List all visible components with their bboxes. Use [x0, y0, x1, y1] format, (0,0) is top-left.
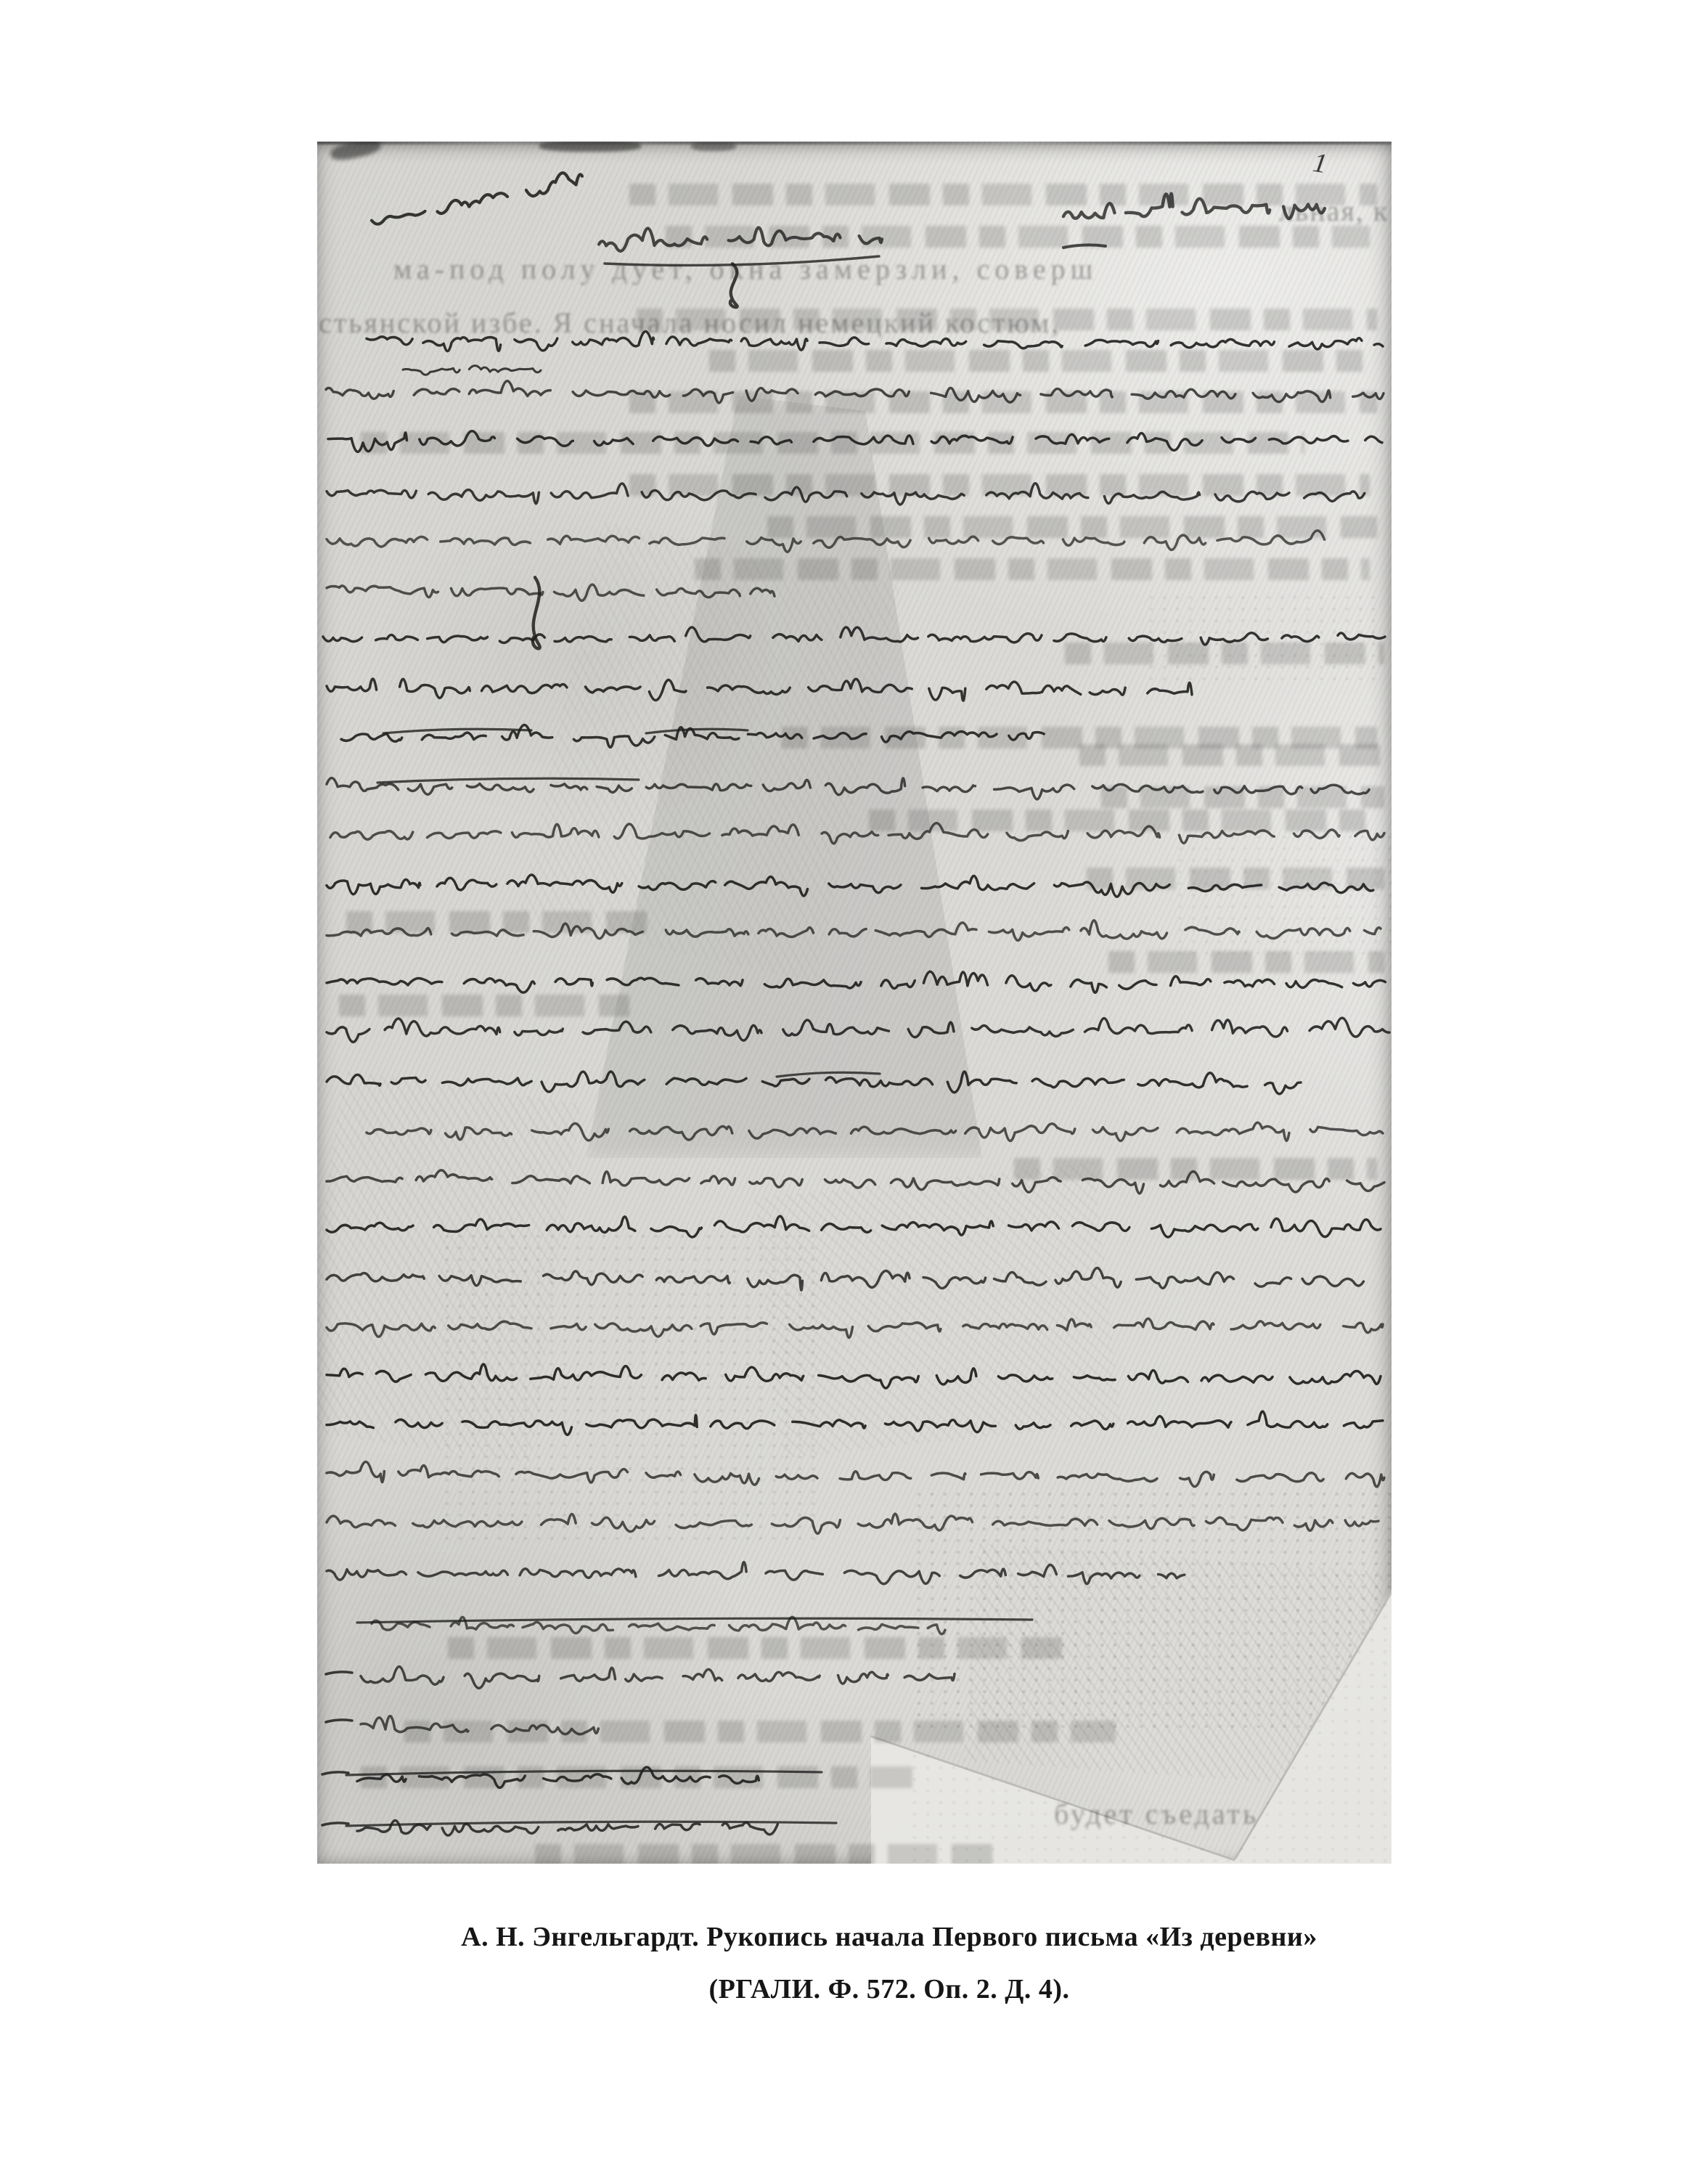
handwriting-stroke	[327, 1018, 1389, 1042]
manuscript-photo-plate: льная, к ума-под полу дует, окна замерзл…	[317, 142, 1392, 1864]
caption-line2: (РГАЛИ. Ф. 572. Оп. 2. Д. 4).	[352, 1963, 1426, 2015]
handwriting-stroke	[605, 256, 879, 265]
handwriting-stroke	[346, 1771, 822, 1775]
handwriting-stroke	[322, 1823, 348, 1825]
handwriting-stroke	[327, 778, 1369, 799]
handwriting-stroke	[383, 729, 531, 733]
handwriting-stroke	[357, 1618, 1032, 1623]
handwriting-layer	[317, 142, 1392, 1864]
handwriting-stroke	[1063, 245, 1106, 248]
handwriting-stroke	[326, 1720, 352, 1722]
handwriting-stroke	[326, 381, 1384, 403]
handwriting-stroke	[403, 366, 541, 375]
handwriting-stroke	[323, 627, 1385, 645]
handwriting-stroke	[327, 484, 1365, 505]
handwriting-stroke	[327, 1216, 1381, 1237]
book-page: льная, к ума-под полу дует, окна замерзл…	[0, 0, 1708, 2178]
handwriting-stroke	[327, 921, 1381, 941]
handwriting-stroke	[327, 1170, 1384, 1194]
handwriting-stroke	[327, 1411, 1383, 1435]
handwriting-stroke	[327, 531, 1325, 552]
handwriting-stroke	[330, 823, 1384, 844]
handwriting-stroke	[322, 1772, 348, 1774]
handwriting-stroke	[346, 1822, 836, 1826]
caption-line1: А. Н. Энгельгардт. Рукопись начала Перво…	[352, 1911, 1426, 1963]
handwriting-stroke	[327, 1462, 1384, 1487]
handwriting-stroke	[327, 584, 775, 600]
handwriting-stroke	[1063, 194, 1325, 219]
handwriting-stroke	[327, 679, 1192, 701]
handwriting-stroke	[326, 1672, 352, 1674]
handwriting-stroke	[327, 1072, 1301, 1094]
handwriting-stroke	[367, 1122, 1383, 1141]
handwriting-stroke	[372, 173, 582, 224]
handwriting-stroke	[327, 1268, 1364, 1290]
handwriting-stroke	[327, 1318, 1383, 1337]
handwriting-stroke	[361, 1667, 955, 1689]
caption: А. Н. Энгельгардт. Рукопись начала Перво…	[352, 1911, 1426, 2015]
handwriting-stroke	[327, 1562, 1185, 1584]
handwriting-stroke	[599, 228, 882, 251]
handwriting-stroke	[533, 577, 540, 648]
handwriting-stroke	[327, 1514, 1378, 1533]
handwriting-stroke	[361, 1716, 598, 1734]
handwriting-stroke	[327, 875, 1373, 897]
handwriting-stroke	[730, 264, 737, 307]
handwriting-stroke	[377, 778, 639, 783]
handwriting-stroke	[327, 1364, 1381, 1388]
handwriting-stroke	[327, 971, 1386, 992]
handwriting-stroke	[646, 729, 748, 733]
handwriting-stroke	[777, 1072, 880, 1077]
handwriting-stroke	[328, 431, 1382, 452]
handwriting-stroke	[367, 331, 1383, 351]
